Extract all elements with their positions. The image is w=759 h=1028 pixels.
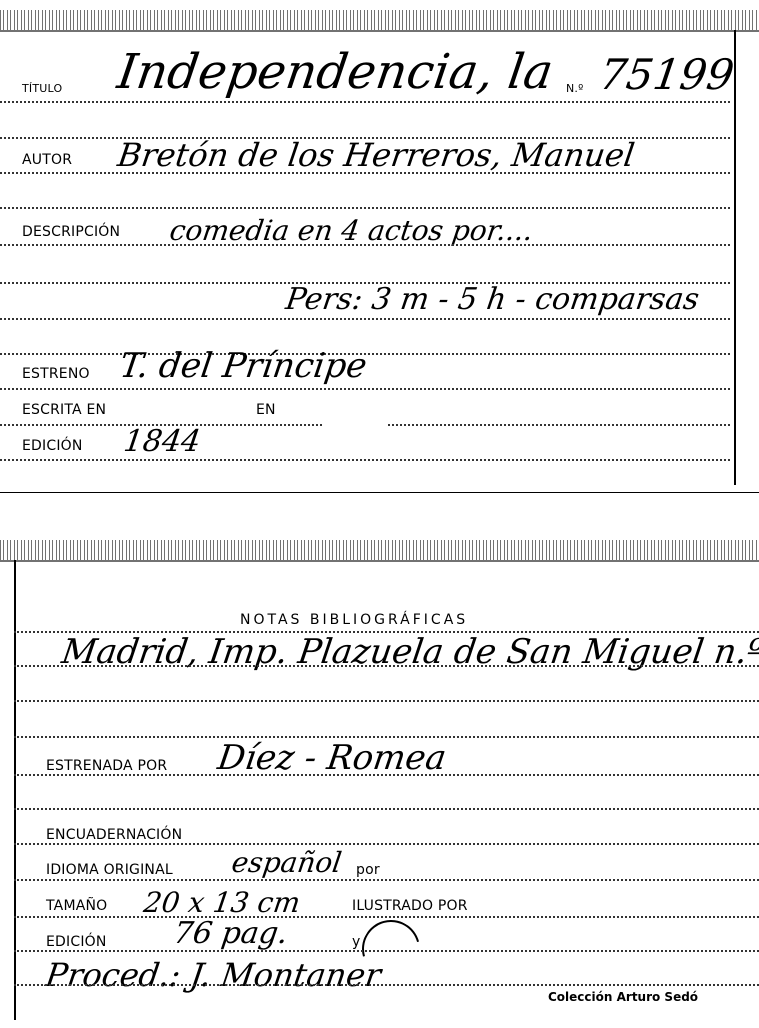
title-value: Independencia, la xyxy=(114,44,556,100)
binding-label: ENCUADERNACIÓN xyxy=(46,827,182,843)
characters-value: Pers: 3 m - 5 h - comparsas xyxy=(284,282,702,317)
scan-noise-border xyxy=(0,540,759,562)
rule-line xyxy=(14,808,759,810)
rule-line xyxy=(14,916,759,918)
rule-line xyxy=(14,843,759,845)
premiere-label: ESTRENO xyxy=(22,366,90,382)
rule-line xyxy=(0,318,730,320)
rule-line xyxy=(14,984,759,986)
author-value: Bretón de los Herreros, Manuel xyxy=(115,136,637,174)
card-right-border xyxy=(734,30,736,485)
rule-line xyxy=(0,459,730,461)
rule-line xyxy=(14,665,759,667)
rule-line xyxy=(388,424,730,426)
card-bottom-edge xyxy=(0,492,759,493)
rule-line xyxy=(14,879,759,881)
scan-noise-border xyxy=(0,10,759,32)
edition-label-back: EDICIÓN xyxy=(46,934,107,950)
rule-line xyxy=(0,388,730,390)
rule-line xyxy=(14,774,759,776)
premiered-by-value: Díez - Romea xyxy=(215,738,449,778)
author-label: AUTOR xyxy=(22,152,72,168)
description-value: comedia en 4 actos por.... xyxy=(168,214,535,247)
rule-line xyxy=(0,172,730,174)
size-label: TAMAÑO xyxy=(46,898,107,914)
edition-pages-value: 76 pag. xyxy=(172,916,290,951)
number-label: N.º xyxy=(566,82,584,95)
provenance-value: Proced.: J. Montaner xyxy=(43,956,383,994)
original-language-suffix: por xyxy=(356,862,380,878)
title-label: TÍTULO xyxy=(22,82,62,95)
rule-line xyxy=(14,950,759,952)
rule-line xyxy=(14,700,759,702)
catalog-card-front: TÍTULO Independencia, la N.º 75199 AUTOR… xyxy=(0,0,759,495)
edition-label: EDICIÓN xyxy=(22,438,83,454)
description-label: DESCRIPCIÓN xyxy=(22,224,120,240)
rule-line xyxy=(0,244,730,246)
rule-line xyxy=(0,207,730,209)
premiered-by-label: ESTRENADA POR xyxy=(46,758,167,774)
edition-suffix: y xyxy=(352,934,361,950)
written-in-second-label: EN xyxy=(256,402,276,418)
edition-value: 1844 xyxy=(122,424,203,459)
illustrated-by-label: ILUSTRADO POR xyxy=(352,898,468,914)
collection-credit: Colección Arturo Sedó xyxy=(548,990,698,1004)
notes-heading: NOTAS BIBLIOGRÁFICAS xyxy=(240,612,468,628)
catalog-card-back: NOTAS BIBLIOGRÁFICAS Madrid, Imp. Plazue… xyxy=(0,540,759,1028)
catalog-number: 75199 xyxy=(597,50,737,99)
written-in-label: ESCRITA EN xyxy=(22,402,106,418)
original-language-value: español xyxy=(230,846,344,879)
rule-line xyxy=(0,101,730,103)
original-language-label: IDIOMA ORIGINAL xyxy=(46,862,173,878)
premiere-value: T. del Príncipe xyxy=(117,346,369,386)
size-value: 20 x 13 cm xyxy=(142,886,303,919)
